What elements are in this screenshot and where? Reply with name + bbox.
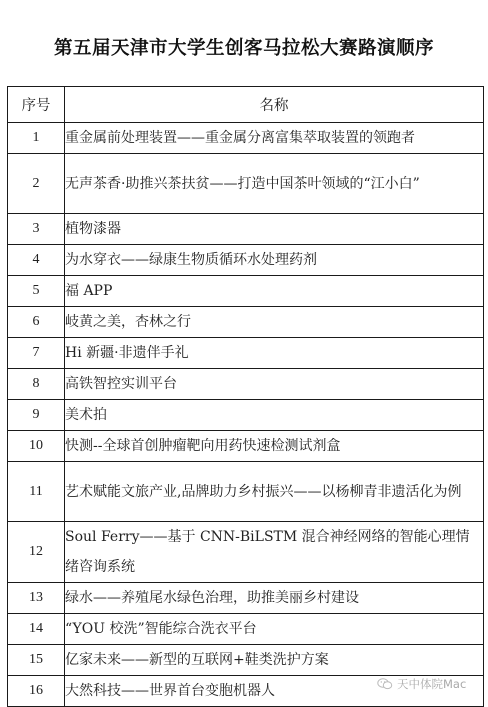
table-row: 4为水穿衣——绿康生物质循环水处理药剂 (8, 245, 484, 276)
table-row: 3植物漆器 (8, 214, 484, 245)
row-name: 岐黄之美，杏林之行 (65, 307, 484, 338)
table-header-row: 序号 名称 (8, 87, 484, 123)
row-name: 福 APP (65, 276, 484, 307)
header-number: 序号 (8, 87, 65, 123)
row-number: 10 (8, 431, 65, 462)
row-name: 重金属前处理装置——重金属分离富集萃取装置的领跑者 (65, 123, 484, 154)
table-row: 7Hi 新疆·非遗伴手礼 (8, 338, 484, 369)
table-row: 15亿家未来——新型的互联网+鞋类洗护方案 (8, 645, 484, 676)
row-name: 美术拍 (65, 400, 484, 431)
row-name: 为水穿衣——绿康生物质循环水处理药剂 (65, 245, 484, 276)
header-name: 名称 (65, 87, 484, 123)
row-number: 7 (8, 338, 65, 369)
row-number: 2 (8, 154, 65, 214)
table-row: 13绿水——养殖尾水绿色治理，助推美丽乡村建设 (8, 583, 484, 614)
row-name: 绿水——养殖尾水绿色治理，助推美丽乡村建设 (65, 583, 484, 614)
row-number: 3 (8, 214, 65, 245)
table-row: 12Soul Ferry——基于 CNN-BiLSTM 混合神经网络的智能心理情… (8, 522, 484, 583)
row-name: 植物漆器 (65, 214, 484, 245)
row-name: “YOU 校洗”智能综合洗衣平台 (65, 614, 484, 645)
watermark: 天中体院Mac (377, 676, 466, 692)
row-number: 13 (8, 583, 65, 614)
row-number: 11 (8, 462, 65, 522)
watermark-text: 天中体院Mac (397, 676, 466, 692)
row-number: 4 (8, 245, 65, 276)
row-name: Soul Ferry——基于 CNN-BiLSTM 混合神经网络的智能心理情绪咨… (65, 522, 484, 583)
row-name: 艺术赋能文旅产业,品牌助力乡村振兴——以杨柳青非遗活化为例 (65, 462, 484, 522)
row-number: 16 (8, 676, 65, 707)
row-number: 1 (8, 123, 65, 154)
table-row: 5福 APP (8, 276, 484, 307)
row-name: Hi 新疆·非遗伴手礼 (65, 338, 484, 369)
row-number: 12 (8, 522, 65, 583)
table-row: 10快测--全球首创肿瘤靶向用药快速检测试剂盒 (8, 431, 484, 462)
table-row: 1重金属前处理装置——重金属分离富集萃取装置的领跑者 (8, 123, 484, 154)
table-row: 2无声茶香·助推兴茶扶贫——打造中国茶叶领域的“江小白” (8, 154, 484, 214)
row-number: 5 (8, 276, 65, 307)
row-number: 8 (8, 369, 65, 400)
wechat-icon (377, 678, 393, 690)
table-row: 8高铁智控实训平台 (8, 369, 484, 400)
table-row: 14“YOU 校洗”智能综合洗衣平台 (8, 614, 484, 645)
row-name: 高铁智控实训平台 (65, 369, 484, 400)
row-name: 快测--全球首创肿瘤靶向用药快速检测试剂盒 (65, 431, 484, 462)
table-row: 11艺术赋能文旅产业,品牌助力乡村振兴——以杨柳青非遗活化为例 (8, 462, 484, 522)
row-name: 亿家未来——新型的互联网+鞋类洗护方案 (65, 645, 484, 676)
row-number: 15 (8, 645, 65, 676)
table-row: 6岐黄之美，杏林之行 (8, 307, 484, 338)
row-number: 9 (8, 400, 65, 431)
row-number: 6 (8, 307, 65, 338)
table-row: 9美术拍 (8, 400, 484, 431)
document-title: 第五届天津市大学生创客马拉松大赛路演顺序 (0, 36, 488, 62)
row-name: 无声茶香·助推兴茶扶贫——打造中国茶叶领域的“江小白” (65, 154, 484, 214)
roadshow-order-table: 序号 名称 1重金属前处理装置——重金属分离富集萃取装置的领跑者 2无声茶香·助… (7, 86, 484, 707)
row-number: 14 (8, 614, 65, 645)
